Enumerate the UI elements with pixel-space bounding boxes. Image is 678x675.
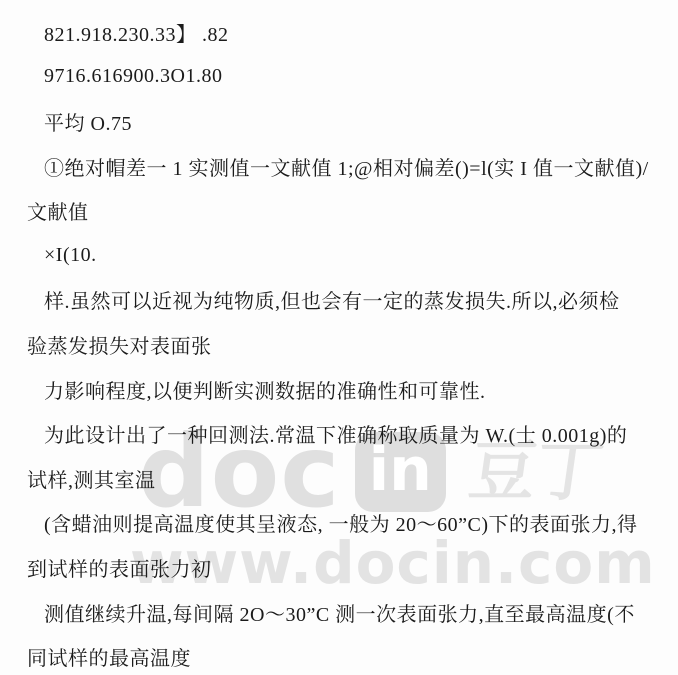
text-line: (含蜡油则提高温度使其呈液态, 一般为 20～60”C)下的表面张力,得 [0, 501, 678, 546]
text-line: 到试样的表面张力初 [0, 545, 678, 590]
text-layer: 821.918.230.33】 .829716.616900.3O1.80平均 … [0, 0, 678, 675]
text-line: 821.918.230.33】 .82 [0, 10, 678, 55]
text-line: 试样,测其室温 [0, 456, 678, 501]
text-line: 平均 O.75 [0, 99, 678, 144]
document-page: doc in 豆丁 www.docin.com 821.918.230.33】 … [0, 0, 678, 675]
text-line: ①绝对帽差一 1 实测值一文献值 1;@相对偏差()=l(实 I 值一文献值)/ [0, 144, 678, 189]
text-line: 力影响程度,以便判断实测数据的准确性和可靠性. [0, 367, 678, 412]
text-line: 文献值 [0, 188, 678, 233]
text-line: 9716.616900.3O1.80 [0, 55, 678, 100]
text-line: 样.虽然可以近视为纯物质,但也会有一定的蒸发损失.所以,必须检 [0, 278, 678, 323]
text-line: ×I(10. [0, 233, 678, 278]
text-line: 同试样的最高温度 [0, 634, 678, 675]
text-line: 为此设计出了一种回测法.常温下准确称取质量为 W.(士 0.001g)的 [0, 411, 678, 456]
text-line: 测值继续升温,每间隔 2O～30”C 测一次表面张力,直至最高温度(不 [0, 590, 678, 635]
text-line: 验蒸发损失对表面张 [0, 322, 678, 367]
